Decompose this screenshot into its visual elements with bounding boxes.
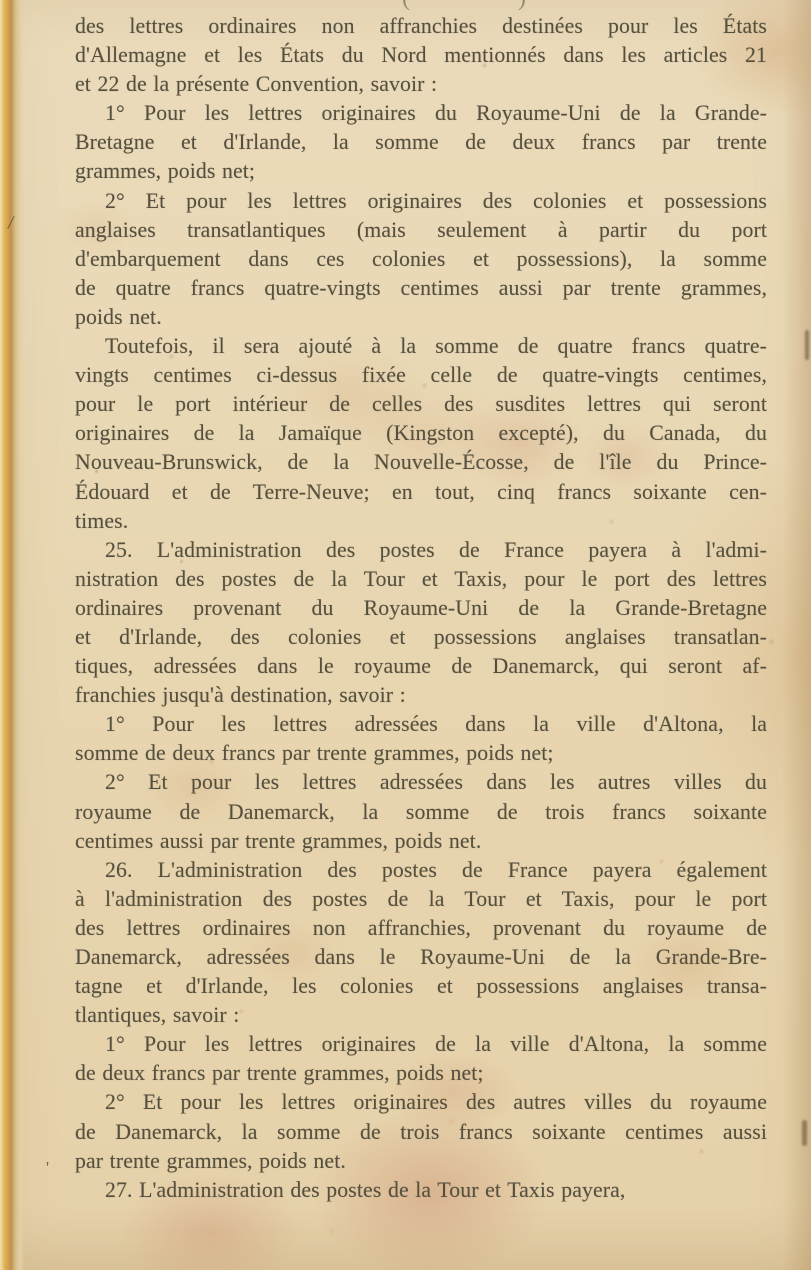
text-line: anglaises transatlantiques (mais seuleme… <box>75 216 767 245</box>
text-line: times. <box>75 507 767 536</box>
text-line: ordinaires provenant du Royaume-Uni de l… <box>75 594 767 623</box>
text-line: centimes aussi par trente grammes, poids… <box>75 827 767 856</box>
book-page: ( ) / ' des lettres ordinaires non affra… <box>0 0 811 1270</box>
text-line: poids net. <box>75 303 767 332</box>
text-line: 27. L'administration des postes de la To… <box>75 1176 767 1205</box>
text-line: des lettres ordinaires non affranchies, … <box>75 914 767 943</box>
text-line: pour le port intérieur de celles des sus… <box>75 390 767 419</box>
text-line: Toutefois, il sera ajouté à la somme de … <box>75 332 767 361</box>
text-line: Édouard et de Terre-Neuve; en tout, cinq… <box>75 478 767 507</box>
text-line: tagne et d'Irlande, les colonies et poss… <box>75 972 767 1001</box>
page-text: des lettres ordinaires non affranchies d… <box>75 12 767 1205</box>
text-line: tlantiques, savoir : <box>75 1001 767 1030</box>
text-line: de deux francs par trente grammes, poids… <box>75 1059 767 1088</box>
edge-smudge <box>805 330 809 360</box>
text-line: 1° Pour les lettres originaires de la vi… <box>75 1030 767 1059</box>
ink-mark: ' <box>46 1158 49 1178</box>
text-line: Nouveau-Brunswick, de la Nouvelle-Écosse… <box>75 448 767 477</box>
page-header-fragment-left: ( <box>402 0 410 12</box>
text-line: 2° Et pour les lettres originaires des c… <box>75 187 767 216</box>
text-line: Bretagne et d'Irlande, la somme de deux … <box>75 128 767 157</box>
text-line: et d'Irlande, des colonies et possession… <box>75 623 767 652</box>
text-line: 1° Pour les lettres originaires du Royau… <box>75 99 767 128</box>
text-line: à l'administration des postes de la Tour… <box>75 885 767 914</box>
text-line: de Danemarck, la somme de trois francs s… <box>75 1118 767 1147</box>
text-line: originaires de la Jamaïque (Kingston exc… <box>75 419 767 448</box>
text-line: nistration des postes de la Tour et Taxi… <box>75 565 767 594</box>
text-line: 25. L'administration des postes de Franc… <box>75 536 767 565</box>
text-line: 26. L'administration des postes de Franc… <box>75 856 767 885</box>
text-line: vingts centimes ci-dessus fixée celle de… <box>75 361 767 390</box>
text-line: Danemarck, adressées dans le Royaume-Uni… <box>75 943 767 972</box>
paper-specks <box>0 0 3 3</box>
page-header-fragment-right: ) <box>518 0 526 12</box>
text-line: des lettres ordinaires non affranchies d… <box>75 12 767 41</box>
text-line: par trente grammes, poids net. <box>75 1147 767 1176</box>
text-line: et 22 de la présente Convention, savoir … <box>75 70 767 99</box>
text-line: d'Allemagne et les États du Nord mention… <box>75 41 767 70</box>
ink-mark: / <box>6 212 15 236</box>
edge-smudge <box>802 1120 807 1146</box>
text-line: tiques, adressées dans le royaume de Dan… <box>75 652 767 681</box>
text-line: 2° Et pour les lettres adressées dans le… <box>75 768 767 797</box>
text-line: franchies jusqu'à destination, savoir : <box>75 681 767 710</box>
text-line: de quatre francs quatre-vingts centimes … <box>75 274 767 303</box>
text-line: 1° Pour les lettres adressées dans la vi… <box>75 710 767 739</box>
book-gutter-edge <box>0 0 24 1270</box>
text-line: d'embarquement dans ces colonies et poss… <box>75 245 767 274</box>
text-line: grammes, poids net; <box>75 157 767 186</box>
text-line: royaume de Danemarck, la somme de trois … <box>75 798 767 827</box>
text-line: somme de deux francs par trente grammes,… <box>75 739 767 768</box>
text-line: 2° Et pour les lettres originaires des a… <box>75 1088 767 1117</box>
